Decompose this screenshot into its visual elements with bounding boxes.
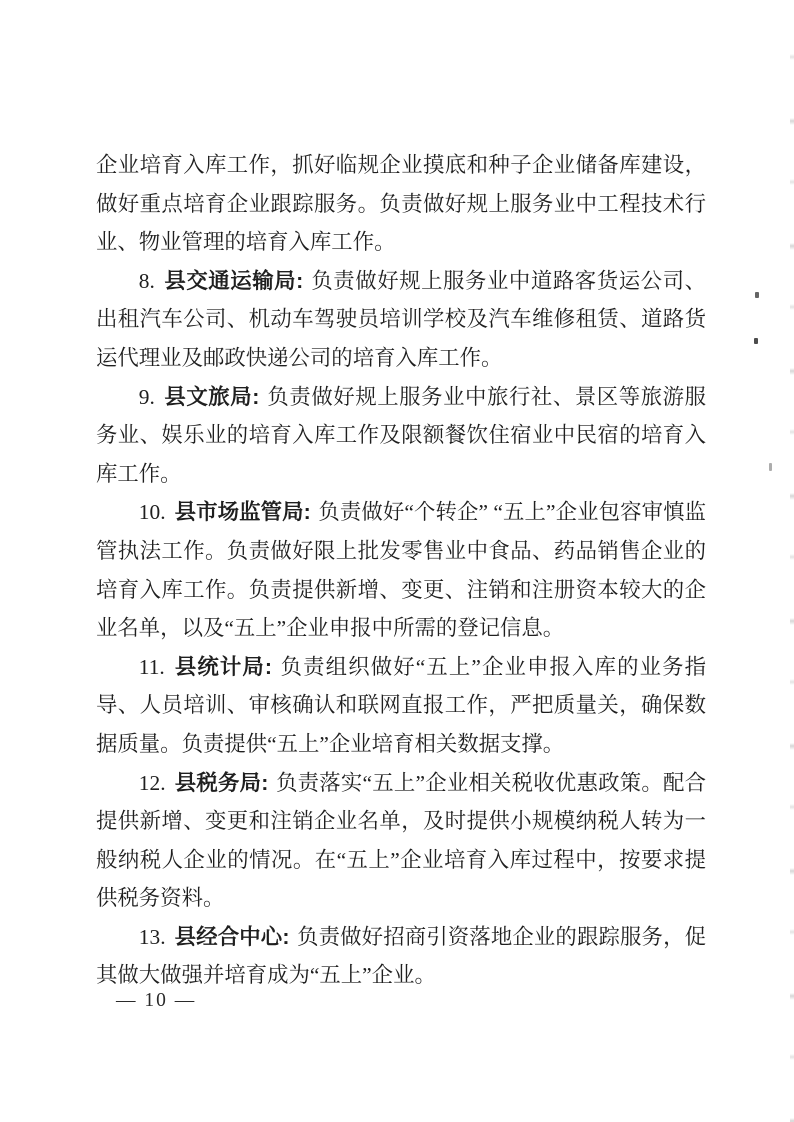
paragraph-text: 企业培育入库工作，抓好临规企业摸底和种子企业储备库建设，做好重点培育企业跟踪服务…	[96, 153, 706, 254]
department-name: 县税务局:	[175, 771, 269, 795]
scan-edge-noise	[790, 0, 794, 1122]
item-number: 10.	[139, 500, 166, 524]
document-page: 企业培育入库工作，抓好临规企业摸底和种子企业储备库建设，做好重点培育企业跟踪服务…	[0, 0, 794, 1122]
item-number: 9.	[139, 385, 155, 409]
department-name: 县交通运输局:	[164, 269, 303, 293]
paragraph-continuation: 企业培育入库工作，抓好临规企业摸底和种子企业储备库建设，做好重点培育企业跟踪服务…	[96, 146, 706, 262]
department-name: 县统计局:	[174, 655, 272, 679]
item-number: 8.	[139, 269, 155, 293]
department-name: 县市场监管局:	[175, 500, 311, 524]
paragraph-item-9: 9.县文旅局:负责做好规上服务业中旅行社、景区等旅游服务业、娱乐业的培育入库工作…	[96, 378, 706, 494]
scan-speck	[754, 338, 758, 344]
item-number: 12.	[139, 771, 166, 795]
department-name: 县文旅局:	[164, 385, 260, 409]
text-block: 企业培育入库工作，抓好临规企业摸底和种子企业储备库建设，做好重点培育企业跟踪服务…	[96, 146, 706, 995]
department-name: 县经合中心:	[175, 925, 290, 949]
scan-speck	[769, 463, 772, 471]
paragraph-item-8: 8.县交通运输局:负责做好规上服务业中道路客货运公司、出租汽车公司、机动车驾驶员…	[96, 262, 706, 378]
paragraph-item-10: 10.县市场监管局:负责做好“个转企” “五上”企业包容审慎监管执法工作。负责做…	[96, 493, 706, 647]
page-number: — 10 —	[116, 990, 196, 1012]
paragraph-item-13: 13.负责做好招商引资落地企业的跟踪服务，促其做大做强并培育成为“五上”企业。县…	[96, 918, 706, 995]
scan-speck	[755, 292, 759, 298]
item-number: 13.	[139, 925, 166, 949]
paragraph-item-12: 12.县税务局:负责落实“五上”企业相关税收优惠政策。配合提供新增、变更和注销企…	[96, 764, 706, 918]
paragraph-item-11: 11.县统计局:负责组织做好“五上”企业申报入库的业务指导、人员培训、审核确认和…	[96, 648, 706, 764]
item-number: 11.	[139, 655, 165, 679]
